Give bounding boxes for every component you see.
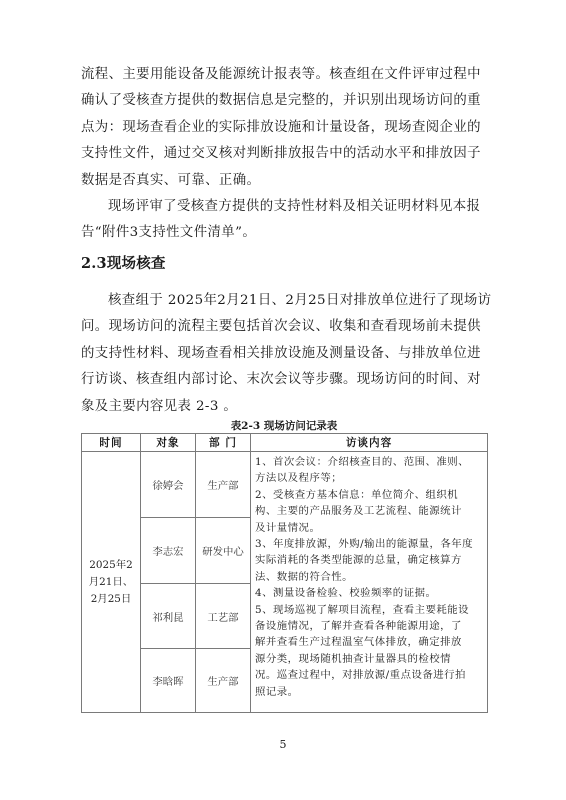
department-cell: 工艺部	[196, 584, 251, 649]
header-interview-content: 访谈内容	[251, 434, 488, 452]
table-caption: 表2-3 现场访问记录表	[81, 418, 487, 433]
person-cell: 徐婷会	[141, 452, 196, 518]
person-cell: 李志宏	[141, 518, 196, 584]
department-cell: 研发中心	[196, 518, 251, 584]
content-line: 3、年度排放源，外购/输出的能源量，各年度	[255, 536, 483, 552]
content-line: 4、测量设备检验、校验频率的证据。	[255, 585, 483, 601]
content-line: 及计量情况。	[255, 520, 483, 536]
date-line: 2025年2	[82, 557, 140, 574]
text-line: 确认了受核查方提供的数据信息是完整的，并识别出现场访问的重	[81, 88, 487, 114]
text-line: 核查组于 2025年2月21日、2月25日对排放单位进行了现场访	[81, 288, 487, 314]
text-line: 现场评审了受核查方提供的支持性材料及相关证明材料见本报	[81, 194, 487, 220]
section-heading: 2.3现场核查	[81, 252, 166, 273]
content-line: 照记录。	[255, 684, 483, 700]
paragraph-supporting-materials: 现场评审了受核查方提供的支持性材料及相关证明材料见本报 告“附件3支持性文件清单…	[81, 194, 487, 247]
interview-content-cell: 1、首次会议：介绍核查目的、范围、准则、 方法以及程序等； 2、受核查方基本信息…	[251, 452, 488, 713]
table-row: 2025年2 月21日、 2月25日 徐婷会 生产部 1、首次会议：介绍核查目的…	[82, 452, 488, 518]
text-line: 告“附件3支持性文件清单”。	[81, 220, 487, 246]
content-line: 方法以及程序等；	[255, 470, 483, 486]
visit-date-cell: 2025年2 月21日、 2月25日	[82, 452, 141, 713]
document-page: 流程、主要用能设备及能源统计报表等。核查组在文件评审过程中 确认了受核查方提供的…	[0, 0, 566, 800]
text-line: 数据是否真实、可靠、正确。	[81, 168, 487, 194]
department-cell: 生产部	[196, 452, 251, 518]
date-line: 2月25日	[82, 591, 140, 608]
content-line: 源分类，现场随机抽查计量器具的检校情	[255, 651, 483, 667]
text-line: 行访谈、核查组内部讨论、末次会议等步骤。现场访问的时间、对	[81, 367, 487, 393]
paragraph-file-review: 流程、主要用能设备及能源统计报表等。核查组在文件评审过程中 确认了受核查方提供的…	[81, 62, 487, 194]
content-line: 1、首次会议：介绍核查目的、范围、准则、	[255, 454, 483, 470]
content-line: 5、现场巡视了解项目流程，查看主要耗能设	[255, 602, 483, 618]
text-line: 支持性文件，通过交叉核对判断排放报告中的活动水平和排放因子	[81, 141, 487, 167]
text-line: 问。现场访问的流程主要包括首次会议、收集和查看现场前未提供	[81, 314, 487, 340]
text-line: 的支持性材料、现场查看相关排放设施及测量设备、与排放单位进	[81, 341, 487, 367]
text-line: 点为：现场查看企业的实际排放设施和计量设备，现场查阅企业的	[81, 115, 487, 141]
text-line: 象及主要内容见表 2-3 。	[81, 394, 487, 420]
text-line: 流程、主要用能设备及能源统计报表等。核查组在文件评审过程中	[81, 62, 487, 88]
header-time: 时间	[82, 434, 141, 452]
header-department: 部 门	[196, 434, 251, 452]
content-line: 实际消耗的各类型能源的总量，确定核算方	[255, 552, 483, 568]
content-line: 构、主要的产品服务及工艺流程、能源统计	[255, 503, 483, 519]
person-cell: 祁利昆	[141, 584, 196, 649]
table-header-row: 时间 对象 部 门 访谈内容	[82, 434, 488, 452]
person-cell: 李晗晖	[141, 649, 196, 713]
content-line: 2、受核查方基本信息：单位简介、组织机	[255, 487, 483, 503]
content-line: 备设施情况，了解并查看各种能源用途，了	[255, 618, 483, 634]
content-line: 解并查看生产过程温室气体排放，确定排放	[255, 634, 483, 650]
page-number: 5	[0, 738, 566, 751]
paragraph-site-visit: 核查组于 2025年2月21日、2月25日对排放单位进行了现场访 问。现场访问的…	[81, 288, 487, 420]
content-line: 法、数据的符合性。	[255, 569, 483, 585]
site-visit-record-table: 时间 对象 部 门 访谈内容 2025年2 月21日、 2月25日 徐婷会 生产…	[81, 433, 488, 713]
department-cell: 生产部	[196, 649, 251, 713]
content-line: 况。巡查过程中，对排放源/重点设备进行拍	[255, 667, 483, 683]
header-subject: 对象	[141, 434, 196, 452]
date-line: 月21日、	[82, 574, 140, 591]
